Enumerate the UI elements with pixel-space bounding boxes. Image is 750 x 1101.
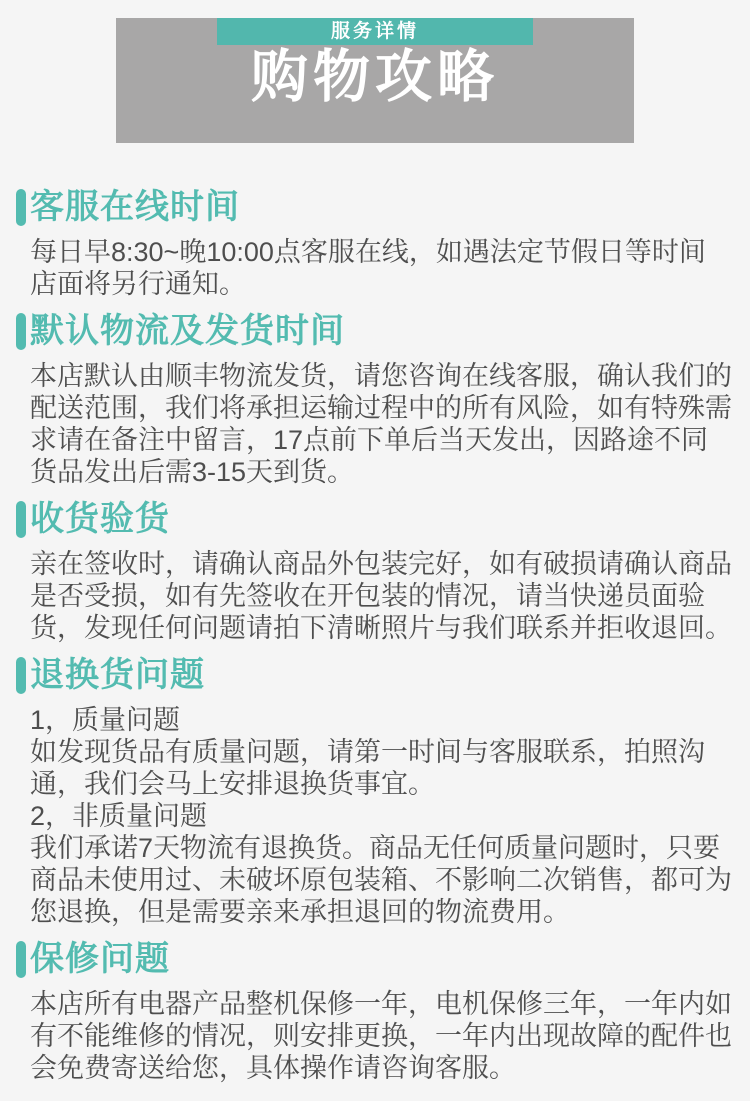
heading-accent-bar [16,501,26,538]
heading-accent-bar [16,189,26,226]
section-heading-row: 默认物流及发货时间 [16,313,732,350]
section-warranty: 保修问题 本店所有电器产品整机保修一年，电机保修三年，一年内如有不能维修的情况，… [16,941,732,1084]
section-heading-row: 保修问题 [16,941,732,978]
shopping-guide-banner: 服务详情 购物攻略 [116,18,634,143]
section-subheading-quality: 1，质量问题 [30,704,732,736]
section-paragraph: 亲在签收时，请确认商品外包装完好，如有破损请确认商品是否受损，如有先签收在开包装… [30,548,732,644]
section-title: 客服在线时间 [30,189,240,226]
heading-accent-bar [16,313,26,350]
section-title: 默认物流及发货时间 [30,313,345,350]
section-body: 本店默认由顺丰物流发货，请您咨询在线客服，确认我们的配送范围，我们将承担运输过程… [30,360,732,488]
section-body: 每日早8:30~晚10:00点客服在线，如遇法定节假日等时间店面将另行通知。 [30,236,732,300]
section-return-exchange: 退换货问题 1，质量问题 如发现货品有质量问题，请第一时间与客服联系，拍照沟通，… [16,657,732,928]
section-title: 收货验货 [30,501,170,538]
section-heading-row: 退换货问题 [16,657,732,694]
section-paragraph: 本店所有电器产品整机保修一年，电机保修三年，一年内如有不能维修的情况，则安排更换… [30,988,732,1084]
section-body: 本店所有电器产品整机保修一年，电机保修三年，一年内如有不能维修的情况，则安排更换… [30,988,732,1084]
heading-accent-bar [16,657,26,694]
section-paragraph: 我们承诺7天物流有退换货。商品无任何质量问题时，只要商品未使用过、未破坏原包装箱… [30,832,732,928]
section-subheading-non-quality: 2，非质量问题 [30,800,732,832]
section-title: 退换货问题 [30,657,205,694]
service-info-content: 客服在线时间 每日早8:30~晚10:00点客服在线，如遇法定节假日等时间店面将… [0,189,750,1084]
service-details-tag-label: 服务详情 [331,21,419,42]
heading-accent-bar [16,941,26,978]
section-logistics-shipping-time: 默认物流及发货时间 本店默认由顺丰物流发货，请您咨询在线客服，确认我们的配送范围… [16,313,732,488]
page-title: 购物攻略 [116,47,634,107]
section-body: 1，质量问题 如发现货品有质量问题，请第一时间与客服联系，拍照沟通，我们会马上安… [30,704,732,928]
section-paragraph: 本店默认由顺丰物流发货，请您咨询在线客服，确认我们的配送范围，我们将承担运输过程… [30,360,732,488]
section-title: 保修问题 [30,941,170,978]
section-paragraph: 如发现货品有质量问题，请第一时间与客服联系，拍照沟通，我们会马上安排退换货事宜。 [30,736,732,800]
section-heading-row: 收货验货 [16,501,732,538]
service-details-tag: 服务详情 [217,18,533,45]
section-customer-service-hours: 客服在线时间 每日早8:30~晚10:00点客服在线，如遇法定节假日等时间店面将… [16,189,732,300]
section-body: 亲在签收时，请确认商品外包装完好，如有破损请确认商品是否受损，如有先签收在开包装… [30,548,732,644]
section-heading-row: 客服在线时间 [16,189,732,226]
section-receiving-inspection: 收货验货 亲在签收时，请确认商品外包装完好，如有破损请确认商品是否受损，如有先签… [16,501,732,644]
section-paragraph: 每日早8:30~晚10:00点客服在线，如遇法定节假日等时间店面将另行通知。 [30,236,732,300]
